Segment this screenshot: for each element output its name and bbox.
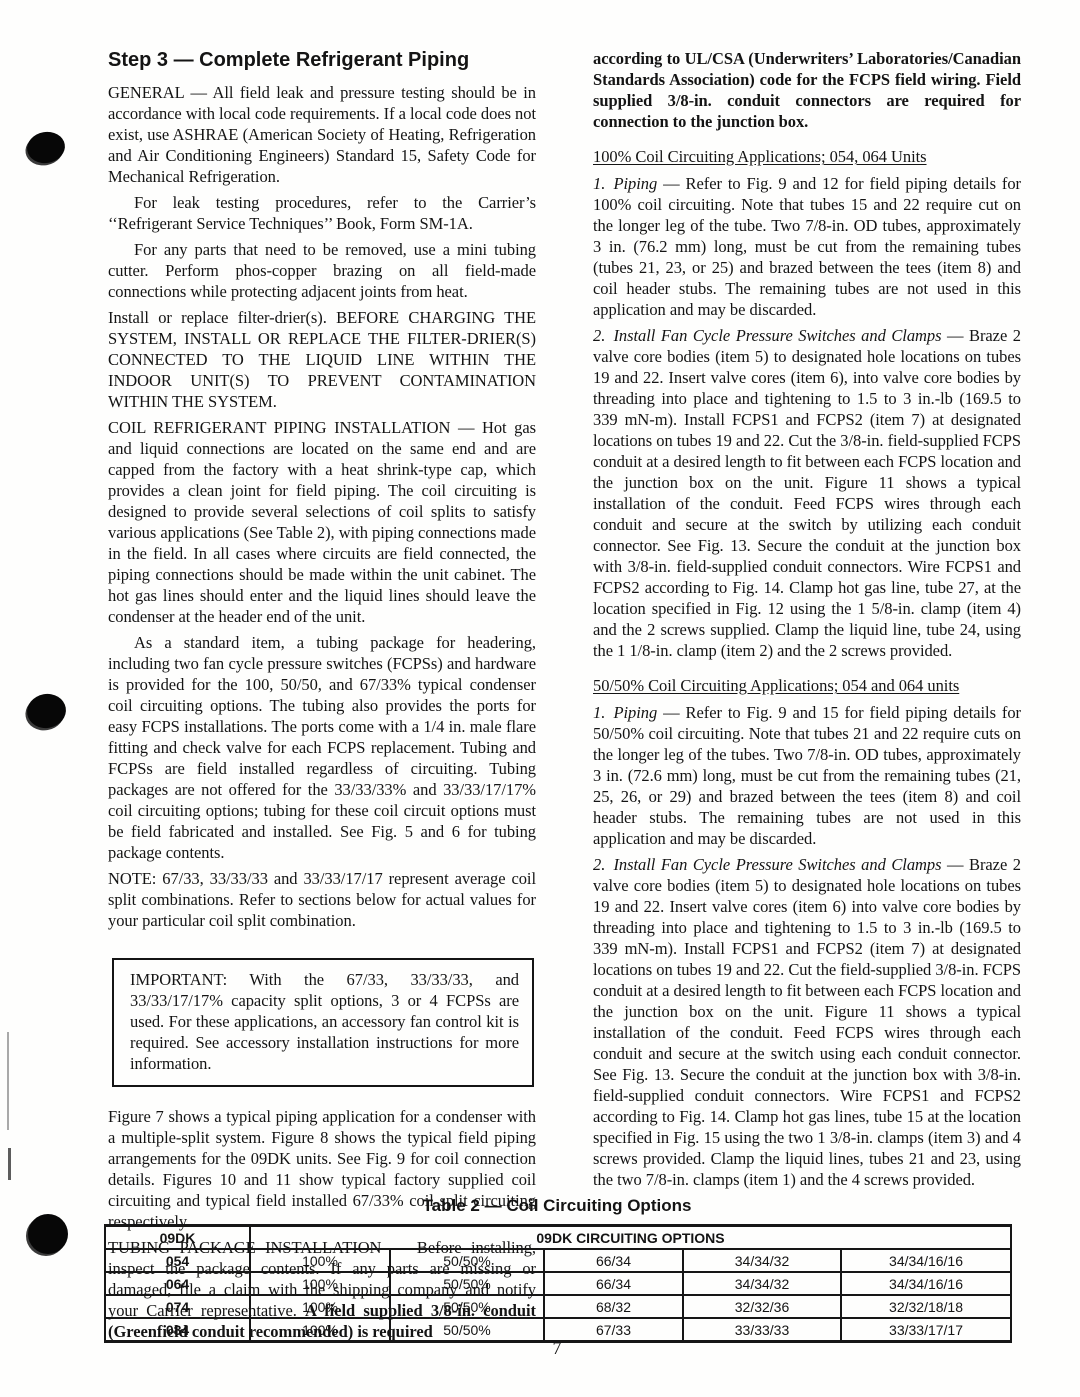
list-item-5050-fcps: 2. Install Fan Cycle Pressure Switches a…: [593, 854, 1021, 1190]
list-item-text: — Refer to Fig. 9 and 12 for field pipin…: [593, 174, 1021, 319]
document-page: Step 3 — Complete Refrigerant Piping GEN…: [0, 0, 1080, 1397]
paragraph-filter-drier: Install or replace filter-drier(s). BEFO…: [108, 307, 536, 412]
important-notice-text: IMPORTANT: With the 67/33, 33/33/33, and…: [130, 969, 519, 1074]
cell-option: 32/32/36: [683, 1295, 841, 1318]
cell-unit: 054: [105, 1249, 250, 1272]
cell-option: 34/34/32: [683, 1272, 841, 1295]
binder-hole-middle: [24, 691, 68, 731]
scan-artifact-line: [8, 1148, 11, 1180]
table-row: 074 100% 50/50% 68/32 32/32/36 32/32/18/…: [105, 1295, 1011, 1318]
paragraph-ulcsa-continuation: according to UL/CSA (Underwriters’ Labor…: [593, 48, 1021, 132]
two-column-body: Step 3 — Complete Refrigerant Piping GEN…: [108, 48, 1021, 1347]
list-item-5050-piping: 1. Piping — Refer to Fig. 9 and 15 for f…: [593, 702, 1021, 849]
subheading-100-percent: 100% Coil Circuiting Applications; 054, …: [593, 146, 1021, 167]
binder-hole-top: [25, 129, 68, 166]
cell-option: 100%: [250, 1295, 390, 1318]
section-heading-step3: Step 3 — Complete Refrigerant Piping: [108, 50, 536, 71]
cell-option: 34/34/16/16: [841, 1272, 1011, 1295]
cell-unit: 064: [105, 1272, 250, 1295]
list-item-lead: 2. Install Fan Cycle Pressure Switches a…: [593, 326, 941, 345]
list-item-lead: 1. Piping: [593, 703, 657, 722]
paragraph-note: NOTE: 67/33, 33/33/33 and 33/33/17/17 re…: [108, 868, 536, 931]
cell-unit: 074: [105, 1295, 250, 1318]
table-section: Table 2 — Coil Circuiting Options 09DK 0…: [104, 1196, 1010, 1343]
cell-option: 50/50%: [390, 1272, 544, 1295]
scan-artifact-line: [7, 1032, 9, 1130]
table-header-options: 09DK CIRCUITING OPTIONS: [250, 1226, 1011, 1250]
subheading-5050-percent: 50/50% Coil Circuiting Applications; 054…: [593, 675, 1021, 696]
list-item-lead: 2. Install Fan Cycle Pressure Switches a…: [593, 855, 941, 874]
list-item-100-piping: 1. Piping — Refer to Fig. 9 and 12 for f…: [593, 173, 1021, 320]
coil-circuiting-table: 09DK 09DK CIRCUITING OPTIONS 054 100% 50…: [104, 1224, 1012, 1343]
cell-option: 34/34/16/16: [841, 1249, 1011, 1272]
cell-option: 50/50%: [390, 1295, 544, 1318]
important-notice-box: IMPORTANT: With the 67/33, 33/33/33, and…: [112, 958, 534, 1087]
left-column: Step 3 — Complete Refrigerant Piping GEN…: [108, 48, 536, 1347]
cell-option: 32/32/18/18: [841, 1295, 1011, 1318]
cell-option: 66/34: [544, 1272, 683, 1295]
table-header-unit: 09DK: [105, 1226, 250, 1250]
paragraph-parts-removal: For any parts that need to be removed, u…: [108, 239, 536, 302]
paragraph-coil-refrigerant-piping: COIL REFRIGERANT PIPING INSTALLATION — H…: [108, 417, 536, 627]
cell-option: 68/32: [544, 1295, 683, 1318]
binder-hole-bottom: [28, 1214, 68, 1254]
table-row: 064 100% 50/50% 66/34 34/34/32 34/34/16/…: [105, 1272, 1011, 1295]
cell-option: 34/34/32: [683, 1249, 841, 1272]
paragraph-general: GENERAL — All field leak and pressure te…: [108, 82, 536, 187]
cell-option: 100%: [250, 1249, 390, 1272]
paragraph-leak-testing: For leak testing procedures, refer to th…: [108, 192, 536, 234]
table-title: Table 2 — Coil Circuiting Options: [104, 1196, 1010, 1216]
list-item-100-fcps: 2. Install Fan Cycle Pressure Switches a…: [593, 325, 1021, 661]
page-number: 7: [104, 1338, 1010, 1359]
cell-option: 66/34: [544, 1249, 683, 1272]
paragraph-standard-item: As a standard item, a tubing package for…: [108, 632, 536, 863]
list-item-text: — Braze 2 valve core bodies (item 5) to …: [593, 855, 1021, 1189]
list-item-text: — Refer to Fig. 9 and 15 for field pipin…: [593, 703, 1021, 848]
list-item-text: — Braze 2 valve core bodies (item 5) to …: [593, 326, 1021, 660]
list-item-lead: 1. Piping: [593, 174, 657, 193]
right-column: according to UL/CSA (Underwriters’ Labor…: [593, 48, 1021, 1347]
table-header-row: 09DK 09DK CIRCUITING OPTIONS: [105, 1226, 1011, 1250]
cell-option: 100%: [250, 1272, 390, 1295]
cell-option: 50/50%: [390, 1249, 544, 1272]
table-row: 054 100% 50/50% 66/34 34/34/32 34/34/16/…: [105, 1249, 1011, 1272]
